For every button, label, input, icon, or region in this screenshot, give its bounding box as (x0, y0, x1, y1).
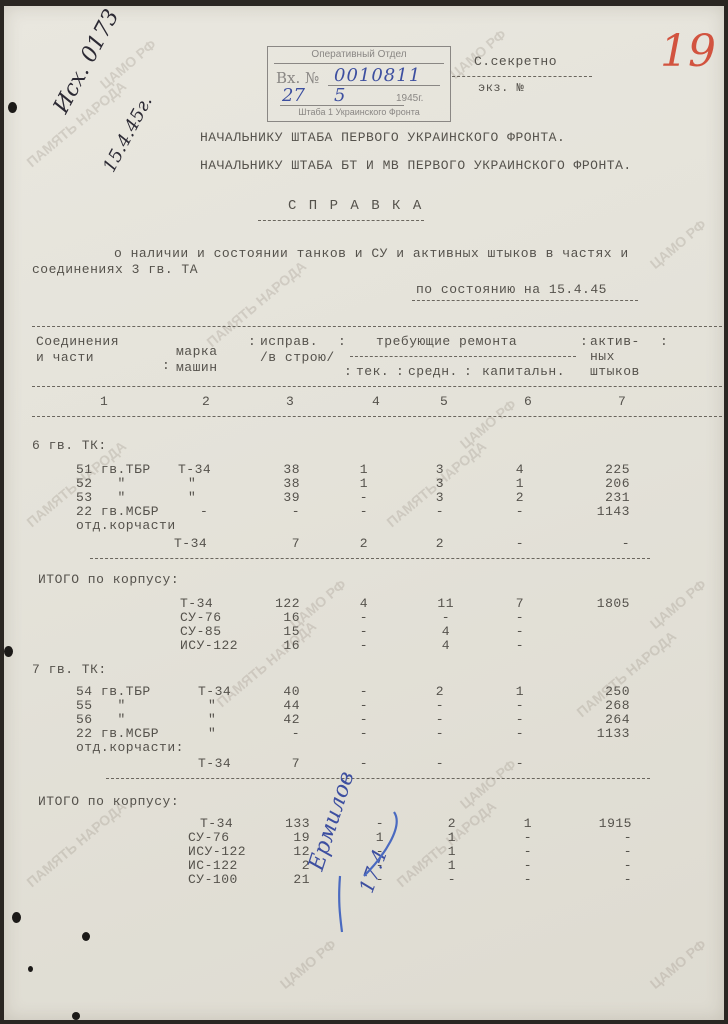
total-row: ИСУ-122 16 - 4 - (4, 638, 724, 652)
header-repair-group: требующие ремонта (376, 334, 517, 349)
total-label: ИТОГО по корпусу: (38, 572, 179, 587)
table-row: 55 " " 44 - - - 268 (4, 698, 724, 712)
col-number: 6 (524, 394, 532, 409)
punch-hole (8, 102, 17, 113)
table-row: 56 " " 42 - - - 264 (4, 712, 724, 726)
col-number: 2 (202, 394, 210, 409)
stamp-month: 5 (334, 85, 345, 106)
col-number: 5 (440, 394, 448, 409)
document-page: ЦАМО РФ ЦАМО РФ ПАМЯТЬ НАРОДА ЦАМО РФ ПА… (4, 6, 724, 1020)
stamp-header: Оперативный Отдел (268, 49, 450, 60)
copy-number: экз. № (478, 81, 524, 95)
watermark: ЦАМО РФ (457, 396, 519, 452)
table-row: 51 гв.ТБР Т-34 38 1 3 4 225 (4, 462, 724, 476)
table-row: Т-34 7 2 2 - - (4, 536, 724, 550)
stamp-day: 27 (282, 85, 305, 106)
total-row: СУ-85 15 - 4 - (4, 624, 724, 638)
punch-hole (72, 1012, 80, 1020)
col-number: 1 (100, 394, 108, 409)
table-row: 53 " " 39 - 3 2 231 (4, 490, 724, 504)
total-row: СУ-76 16 - - - (4, 610, 724, 624)
stamp-footer: Штаба 1 Украинского Фронта (268, 107, 450, 117)
header-serviceable: исправ. /в строю/ (260, 334, 335, 366)
signature-stroke (304, 806, 404, 936)
watermark: ЦАМО РФ (647, 216, 709, 272)
classification: С.секретно (474, 54, 557, 69)
margin-note-outgoing-number: Исх. 0173 (49, 6, 125, 118)
table-row: Т-34 7 - - - (4, 756, 724, 770)
col-number: 4 (372, 394, 380, 409)
total-label: ИТОГО по корпусу: (38, 794, 179, 809)
total-row: Т-34 122 4 11 7 1805 (4, 596, 724, 610)
table-row: 54 гв.ТБР Т-34 40 - 2 1 250 (4, 684, 724, 698)
watermark: ЦАМО РФ (277, 936, 339, 992)
section-title: 7 гв. ТК: (32, 662, 107, 677)
addressee-1: НАЧАЛЬНИКУ ШТАБА ПЕРВОГО УКРАИНСКОГО ФРО… (200, 130, 565, 145)
addressee-2: НАЧАЛЬНИКУ ШТАБА БТ И МВ ПЕРВОГО УКРАИНС… (200, 158, 632, 173)
document-title: С П Р А В К А (288, 198, 423, 214)
header-medium-repair: средн. (408, 364, 458, 379)
incoming-stamp: Оперативный Отдел Вх. № 0010811 27 5 194… (267, 46, 451, 122)
punch-hole (82, 932, 90, 941)
punch-hole (12, 912, 21, 923)
as-of-date: по состоянию на 15.4.45 (416, 282, 607, 297)
stamp-year: 1945г. (396, 93, 423, 104)
punch-hole (28, 966, 33, 972)
col-number: 3 (286, 394, 294, 409)
stamp-in-number: 0010811 (334, 65, 421, 86)
header-units: Соединения и части (36, 334, 119, 366)
header-vehicle-type: марка машин (176, 344, 218, 376)
header-current-repair: тек. (356, 364, 389, 379)
margin-note-date: 15.4.45г. (99, 92, 157, 176)
watermark: ЦАМО РФ (647, 936, 709, 992)
document-subtitle-cont: соединениях 3 гв. ТА (32, 262, 198, 277)
corps-parts-label: отд.корчасти (76, 518, 176, 533)
header-active-bayonets: актив- ных штыков (590, 334, 640, 379)
page-number: 19 (660, 26, 716, 77)
section-title: 6 гв. ТК: (32, 438, 107, 453)
table-row: 52 " " 38 1 3 1 206 (4, 476, 724, 490)
corps-parts-label: отд.корчасти: (76, 740, 184, 755)
table-row: 22 гв.МСБР - - - - - 1143 (4, 504, 724, 518)
document-subtitle: о наличии и состоянии танков и СУ и акти… (114, 246, 629, 261)
table-row: 22 гв.МСБР " - - - - 1133 (4, 726, 724, 740)
col-number: 7 (618, 394, 626, 409)
header-capital-repair: капитальн. (482, 364, 565, 379)
